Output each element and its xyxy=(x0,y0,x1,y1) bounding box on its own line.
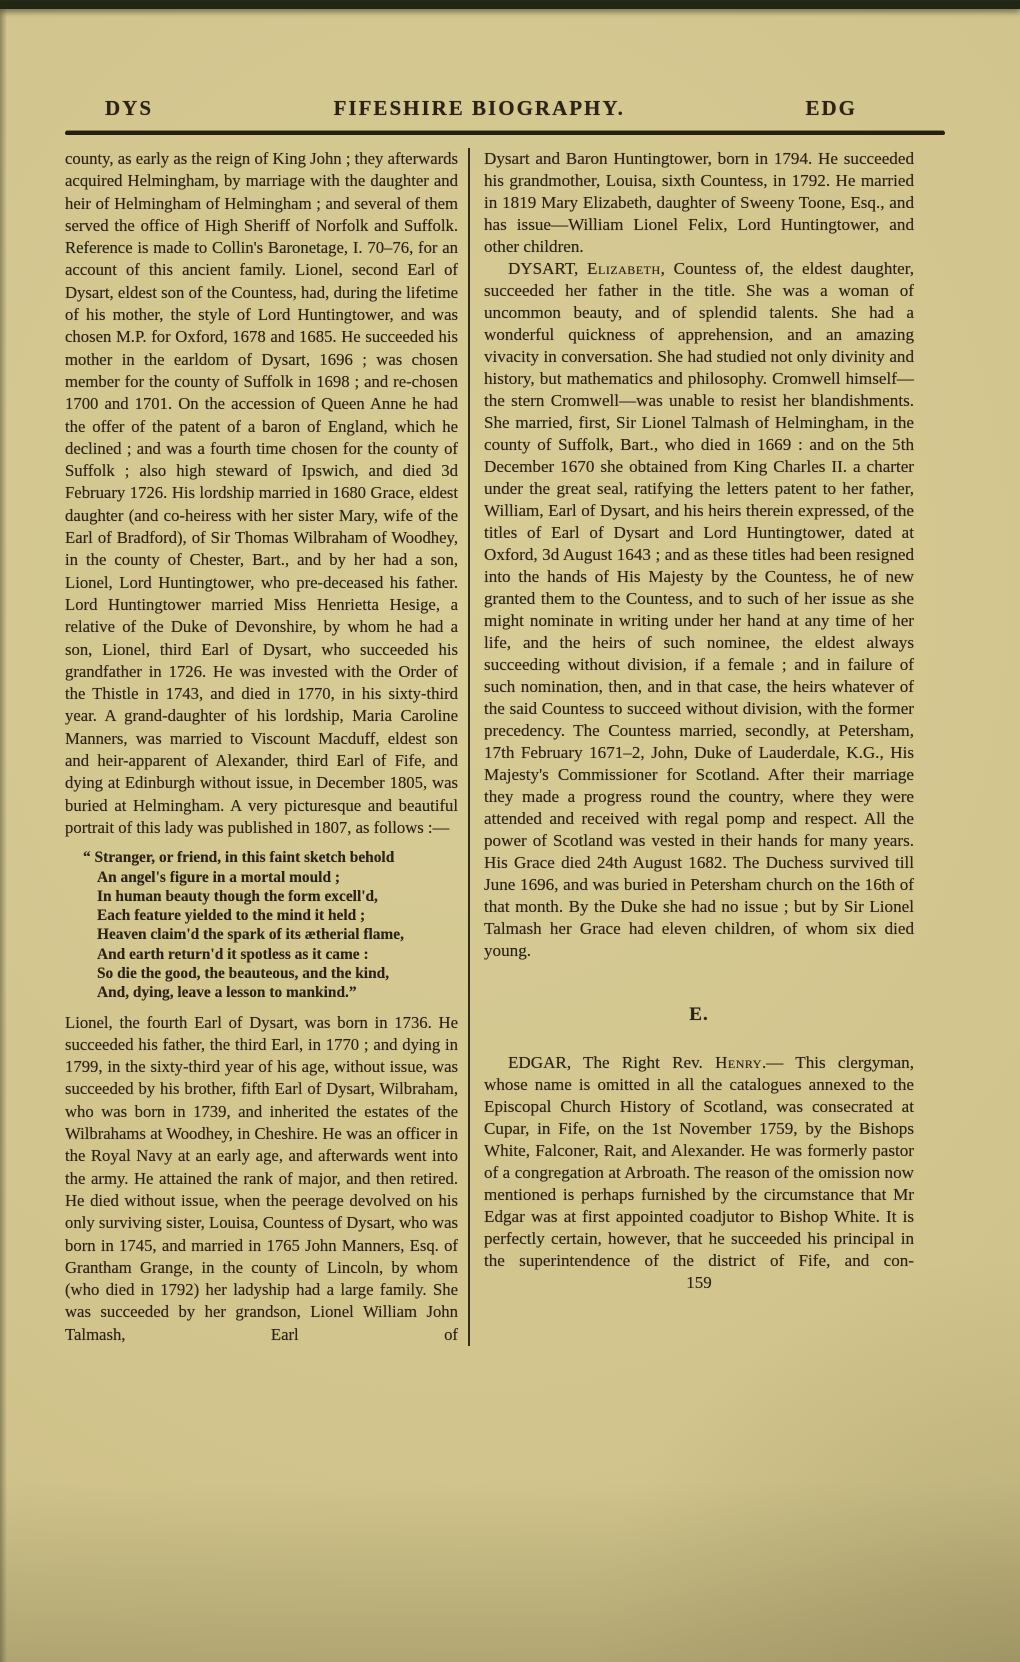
page-number: 159 xyxy=(484,1273,914,1293)
poem-line: “ Stranger, or friend, in this faint ske… xyxy=(97,848,458,867)
entry-name-smallcaps: Elizabeth xyxy=(587,259,661,278)
left-column: county, as early as the reign of King Jo… xyxy=(65,148,458,1346)
running-head-title: FIFESHIRE BIOGRAPHY. xyxy=(334,96,625,121)
poem-line: So die the good, the beauteous, and the … xyxy=(97,964,458,983)
running-head-left: DYS xyxy=(105,96,153,121)
poem-line: Heaven claim'd the spark of its ætherial… xyxy=(97,925,458,944)
right-column: Dysart and Baron Huntingtower, born in 1… xyxy=(470,148,914,1346)
entry-body: .— This clergyman, whose name is omitted… xyxy=(484,1053,914,1270)
section-heading-e: E. xyxy=(484,1004,914,1026)
page-content: DYS FIFESHIRE BIOGRAPHY. EDG county, as … xyxy=(65,96,945,1346)
scan-top-edge xyxy=(0,0,1020,9)
entry-body: , Countess of, the eldest daughter, succ… xyxy=(484,259,914,960)
entry-edgar-henry: EDGAR, The Right Rev. Henry.— This clerg… xyxy=(484,1052,914,1272)
book-page-scan: DYS FIFESHIRE BIOGRAPHY. EDG county, as … xyxy=(0,0,1020,1662)
poem-line: And earth return'd it spotless as it cam… xyxy=(97,945,458,964)
paragraph-dysart-earls-continuation: county, as early as the reign of King Jo… xyxy=(65,148,458,839)
entry-lead: DYSART, xyxy=(508,259,587,278)
poem-line: An angel's figure in a mortal mould ; xyxy=(97,868,458,887)
poem-line: In human beauty though the form excell'd… xyxy=(97,887,458,906)
two-column-text-block: county, as early as the reign of King Jo… xyxy=(65,148,945,1346)
entry-dysart-elizabeth: DYSART, Elizabeth, Countess of, the elde… xyxy=(484,258,914,962)
poem-line: Each feature yielded to the mind it held… xyxy=(97,906,458,925)
paragraph-lionel-fourth-earl: Lionel, the fourth Earl of Dysart, was b… xyxy=(65,1012,458,1346)
paragraph-huntingtower-continuation: Dysart and Baron Huntingtower, born in 1… xyxy=(484,148,914,258)
poem-line: And, dying, leave a lesson to mankind.” xyxy=(97,983,458,1002)
running-head: DYS FIFESHIRE BIOGRAPHY. EDG xyxy=(65,96,945,121)
scan-left-edge xyxy=(0,0,7,1662)
entry-lead: EDGAR, The Right Rev. xyxy=(508,1053,715,1072)
running-head-right: EDG xyxy=(805,96,857,121)
entry-name-smallcaps: Henry xyxy=(715,1053,762,1072)
poem-epitaph: “ Stranger, or friend, in this faint ske… xyxy=(73,848,458,1002)
header-rule xyxy=(65,131,945,135)
